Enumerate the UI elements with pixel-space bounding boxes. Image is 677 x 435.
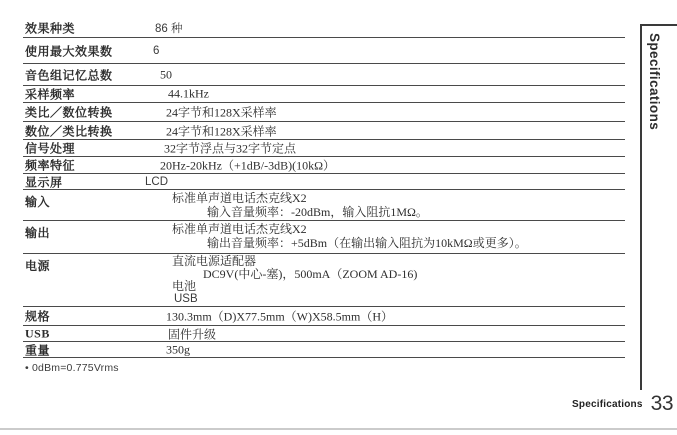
spec-row-input: 输入 标准单声道电话杰克线X2 输入音量频率：-20dBm，输入阻抗1MΩ。 — [23, 190, 625, 221]
spec-row-usb: USB 固件升级 — [23, 326, 625, 342]
page-footer: Specifications 33 — [572, 392, 673, 416]
spec-value: 32字节浮点与32字节定点 — [164, 140, 296, 157]
spec-value: 直流电源适配器 DC9V(中心-塞)，500mA（ZOOM AD-16) 电池 … — [172, 255, 417, 305]
sidebar-tab-top-rule — [640, 24, 677, 26]
spec-label: 输出 — [25, 224, 50, 241]
spec-value-line: DC9V(中心-塞)，500mA（ZOOM AD-16) — [203, 268, 417, 281]
spec-row-signal-processing: 信号处理 32字节浮点与32字节定点 — [23, 140, 625, 157]
spec-row-power: 电源 直流电源适配器 DC9V(中心-塞)，500mA（ZOOM AD-16) … — [23, 254, 625, 307]
spec-value: 350g — [166, 342, 190, 357]
spec-row-ad-conversion: 类比／数位转换 24字节和128X采样率 — [23, 103, 625, 122]
spec-label: 频率特征 — [25, 157, 75, 174]
spec-value-line: 电池 — [172, 280, 417, 293]
spec-label: 信号处理 — [25, 140, 75, 157]
footer-section-title: Specifications — [572, 399, 643, 410]
spec-row-da-conversion: 数位／类比转换 24字节和128X采样率 — [23, 122, 625, 140]
spec-row-output: 输出 标准单声道电话杰克线X2 输出音量频率：+5dBm（在输出输入阻抗为10k… — [23, 221, 625, 254]
spec-value: 50 — [160, 67, 172, 82]
spec-value: 24字节和128X采样率 — [166, 104, 277, 121]
spec-row-display: 显示屏 LCD — [23, 174, 625, 190]
spec-label: 数位／类比转换 — [25, 122, 113, 139]
spec-row-frequency-response: 频率特征 20Hz-20kHz（+1dB/-3dB)(10kΩ） — [23, 157, 625, 174]
spec-row-dimensions: 规格 130.3mm（D)X77.5mm（W)X58.5mm（H） — [23, 307, 625, 326]
spec-row-effect-types: 效果种类 86 种 — [23, 19, 625, 38]
spec-label: 规格 — [25, 308, 50, 325]
spec-label: 音色组记忆总数 — [25, 66, 113, 83]
spec-value: 6 — [153, 45, 159, 57]
dbm-footnote: • 0dBm=0.775Vrms — [25, 362, 119, 374]
spec-row-patch-memory: 音色组记忆总数 50 — [23, 64, 625, 86]
spec-value-line: 输出音量频率：+5dBm（在输出输入阻抗为10kMΩ或更多）。 — [207, 236, 527, 250]
spec-label: 输入 — [25, 193, 50, 210]
spec-label: 显示屏 — [25, 173, 63, 190]
page-bottom-edge — [0, 428, 677, 430]
spec-value: 86 种 — [155, 20, 183, 36]
sidebar-section-label: Specifications — [647, 33, 662, 130]
spec-label: 类比／数位转换 — [25, 104, 113, 121]
spec-value: 24字节和128X采样率 — [166, 122, 277, 139]
spec-value: 固件升级 — [168, 325, 216, 342]
spec-label: 采样频率 — [25, 86, 75, 103]
footer-page-number: 33 — [651, 392, 673, 416]
spec-row-weight: 重量 350g — [23, 342, 625, 358]
spec-value: 标准单声道电话杰克线X2 输出音量频率：+5dBm（在输出输入阻抗为10kMΩ或… — [172, 222, 527, 250]
spec-label: 电源 — [25, 257, 50, 274]
spec-row-sampling-frequency: 采样频率 44.1kHz — [23, 86, 625, 103]
spec-label: 效果种类 — [25, 20, 75, 37]
spec-value-line: USB — [174, 293, 417, 306]
spec-value: 标准单声道电话杰克线X2 输入音量频率：-20dBm，输入阻抗1MΩ。 — [172, 191, 428, 219]
spec-value-line: 直流电源适配器 — [172, 255, 417, 268]
spec-value-line: 标准单声道电话杰克线X2 — [172, 191, 428, 205]
spec-label: 重量 — [25, 341, 50, 358]
sidebar-tab-vertical-rule — [640, 24, 642, 390]
spec-row-max-effects: 使用最大效果数 6 — [23, 38, 625, 64]
spec-label: 使用最大效果数 — [25, 42, 113, 59]
spec-table: 效果种类 86 种 使用最大效果数 6 音色组记忆总数 50 采样频率 44.1… — [23, 19, 625, 358]
spec-value: 20Hz-20kHz（+1dB/-3dB)(10kΩ） — [160, 157, 335, 174]
manual-specifications-page: 效果种类 86 种 使用最大效果数 6 音色组记忆总数 50 采样频率 44.1… — [0, 0, 677, 435]
spec-value-line: 标准单声道电话杰克线X2 — [172, 222, 527, 236]
spec-value: 44.1kHz — [168, 87, 209, 102]
spec-value: LCD — [145, 176, 168, 188]
spec-value: 130.3mm（D)X77.5mm（W)X58.5mm（H） — [166, 308, 393, 325]
spec-value-line: 输入音量频率：-20dBm，输入阻抗1MΩ。 — [207, 205, 428, 219]
spec-label: USB — [25, 326, 50, 341]
